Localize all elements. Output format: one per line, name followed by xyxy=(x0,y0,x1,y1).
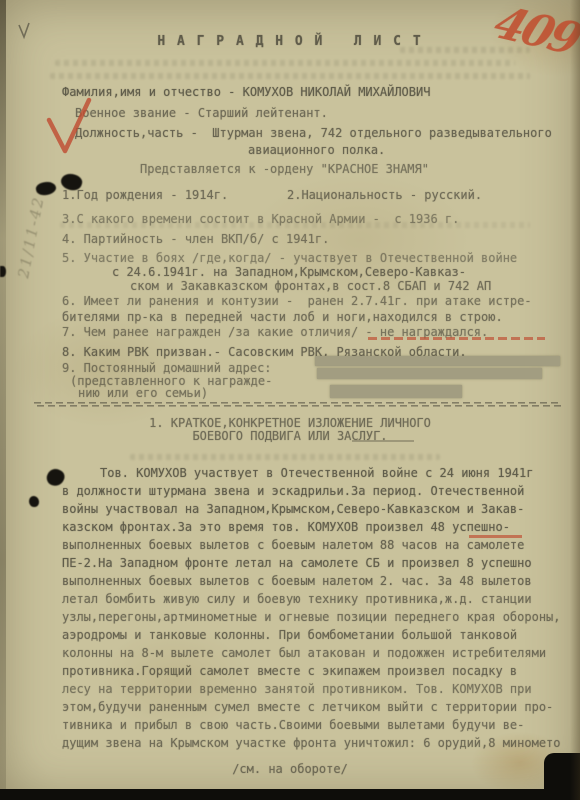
punch-hole xyxy=(29,496,39,507)
body-line: дущим звена на Крымском участке фронта у… xyxy=(62,736,561,750)
item-birth-year: 1.Год рождения - 1914г. xyxy=(62,188,228,202)
award-presented-line: Представляется к -ордену "КРАСНОЕ ЗНАМЯ" xyxy=(140,162,429,176)
scan-backing-bottom xyxy=(0,789,580,800)
red-underline-sorties xyxy=(469,535,522,538)
item-address-paren-2: нию или его семьи) xyxy=(78,386,208,400)
redaction-bar xyxy=(317,368,542,379)
body-line: противника.Горящий самолет вместе с экип… xyxy=(62,664,517,678)
body-line: выполненных боевых вылетов с боевым нале… xyxy=(62,538,524,552)
item-nationality: 2.Национальность - русский. xyxy=(287,188,482,202)
item-wounds-2: бителями пр-ка в передней части лоб и но… xyxy=(62,310,503,324)
field-name-line: Фамилия,имя и отчество - КОМУХОВ НИКОЛАЙ… xyxy=(62,85,430,99)
body-line: колонны на 8-м вылете самолет был атаков… xyxy=(62,646,546,660)
field-position-line: Должность,часть - Штурман звена, 742 отд… xyxy=(75,126,552,140)
bleed-through-line xyxy=(130,454,440,460)
item-home-address: 9. Постоянный домашний адрес: xyxy=(62,361,272,375)
bleed-through-line xyxy=(55,60,515,66)
ink-blot xyxy=(0,266,6,277)
red-underline-not-awarded xyxy=(368,337,545,340)
page-number-handwritten: 409 xyxy=(487,0,580,65)
item-army-since: 3.С какого времени состоит в Красной Арм… xyxy=(62,212,459,226)
body-line: тивника и прибыл в свою часть.Своими бое… xyxy=(62,718,524,732)
scan-backing-corner xyxy=(544,753,580,800)
body-line: этом,будучи раненным сумел вместе с летч… xyxy=(62,700,553,714)
item-wounds-1: 6. Имеет ли ранения и контузии - ранен 2… xyxy=(62,294,532,308)
equals-divider xyxy=(34,402,562,407)
pencil-check-mark xyxy=(16,22,32,40)
body-line: ПЕ-2.На Западном фронте летал на самолет… xyxy=(62,556,532,570)
body-line: в должности штурмана звена и эскадрильи.… xyxy=(62,484,524,498)
section-title-line-2: БОЕВОГО ПОДВИГА ИЛИ ЗАСЛУГ. xyxy=(0,429,580,443)
section-title-line-1: 1. КРАТКОЕ,КОНКРЕТНОЕ ИЗЛОЖЕНИЕ ЛИЧНОГО xyxy=(0,416,580,430)
section-title-underscore xyxy=(352,440,414,442)
red-checkmark-icon xyxy=(42,96,97,161)
see-reverse-note: /см. на обороте/ xyxy=(0,762,580,776)
field-rank-line: Военное звание - Старший лейтенант. xyxy=(75,106,328,120)
item-party: 4. Партийность - член ВКП/б/ с 1941г. xyxy=(62,232,329,246)
body-line: летал бомбить живую силу и боевую техник… xyxy=(62,592,532,606)
body-line: выполненных боевых вылетов с боевым нале… xyxy=(62,574,532,588)
award-document-scan: Н А Г Р А Д Н О Й Л И С Т Фамилия,имя и … xyxy=(0,0,580,800)
field-position-line-2: авиационного полка. xyxy=(248,143,385,157)
margin-note-handwritten: 21/11-42 xyxy=(12,181,51,292)
body-line: аэродромы и танковые колонны. При бомбом… xyxy=(62,628,517,642)
item-combat-3: ском и Закавказском фронтах,в сост.8 СБА… xyxy=(130,279,491,293)
item-combat-1: 5. Участие в боях /где,когда/ - участвуе… xyxy=(62,251,517,265)
body-line: войны участвовал на Западном,Крымском,Се… xyxy=(62,502,524,516)
redaction-bar xyxy=(330,385,462,398)
redaction-bar xyxy=(315,356,560,366)
body-line: лесу на территории временно занятой прот… xyxy=(62,682,532,696)
body-line: Тов. КОМУХОВ участвует в Отечественной в… xyxy=(100,466,533,480)
body-line: узлы,перегоны,артминометные и огневые по… xyxy=(62,610,561,624)
item-combat-2: с 24.6.1941г. на Западном,Крымском,Север… xyxy=(112,265,466,279)
bleed-through-line xyxy=(50,73,530,79)
body-line: казском фронтах.За это время тов. КОМУХО… xyxy=(62,520,510,534)
